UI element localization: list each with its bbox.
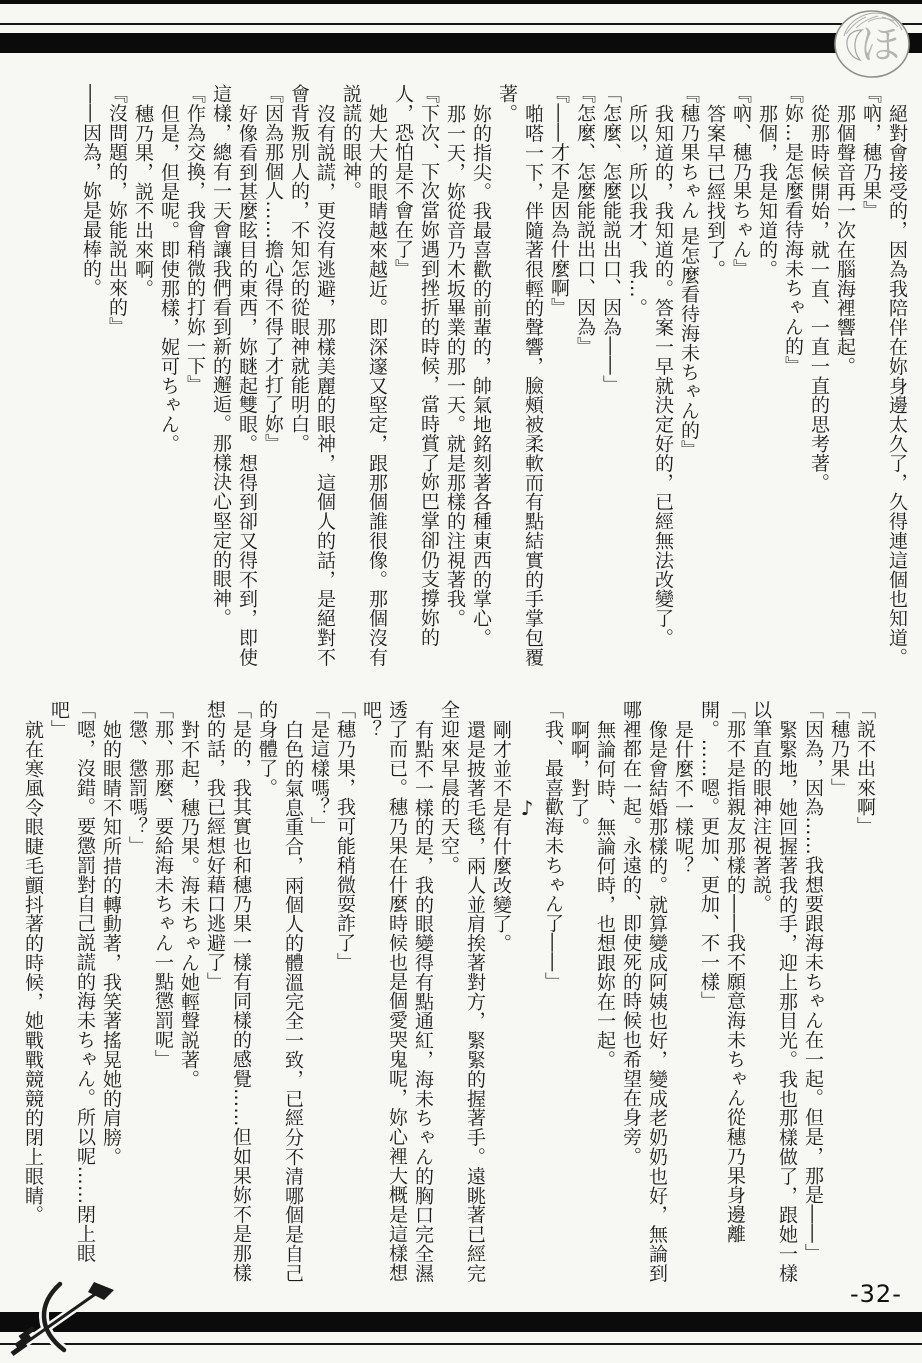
story-paragraph: 「嗯，沒錯。要懲罰對自己説謊的海未ちゃん。所以呢……閉上眼吧」 xyxy=(46,700,98,1286)
story-paragraph: 『――才不是因為什麼啊』 xyxy=(546,84,572,670)
story-section-2-part-1: 「説不出來啊」「穗乃果」「因為，因為……我想要跟海未ちゃん在一起。但是，那是――… xyxy=(540,700,878,1286)
story-paragraph: 那個，我是知道的。 xyxy=(754,84,780,670)
story-paragraph: 像是會結婚那樣的。就算變成阿姨也好，變成老奶奶也好，無論到哪裡都在一起。永遠的、… xyxy=(618,700,670,1286)
story-paragraph: 『吶，穗乃果』 xyxy=(858,84,884,670)
story-paragraph: 我知道的，我知道的。答案一早就決定好的，已經無法改變了。 xyxy=(650,84,676,670)
logo-ho-character: ほ xyxy=(860,22,900,68)
story-paragraph: 無論何時、無論何時，也想跟妳在一起。 xyxy=(592,700,618,1286)
story-paragraph: 「因為，因為……我想要跟海未ちゃん在一起。但是，那是――」 xyxy=(800,700,826,1286)
story-paragraph: 緊緊地，她回握著我的手，迎上那目光。我也那樣做了，跟她一樣以筆直的眼神注視著説。 xyxy=(748,700,800,1286)
story-paragraph: 『下次、下次當妳遇到挫折的時候，當時賞了妳巴掌卻仍支撐妳的人，恐怕是不會在了』 xyxy=(390,84,442,670)
bow-and-arrow-icon xyxy=(8,1280,178,1363)
story-paragraph: 但是，但是呢。即使那樣，妮可ちゃん。 xyxy=(156,84,182,670)
story-paragraph: 她大大的眼睛越來越近。即深邃又堅定，跟那個誰很像。那個沒有説謊的眼神。 xyxy=(338,84,390,670)
story-paragraph: 「懲、懲罰嗎？」 xyxy=(124,700,150,1286)
story-paragraph: 穗乃果，説不出來啊。 xyxy=(130,84,156,670)
story-paragraph: 那一天，妳從音乃木坂畢業的那一天。就是那樣的注視著我。 xyxy=(442,84,468,670)
story-paragraph: 是什麼不一樣呢？ xyxy=(670,700,696,1286)
story-paragraph: 就在寒風令眼睫毛顫抖著的時候，她戰戰競競的閉上眼睛。 xyxy=(20,700,46,1286)
story-paragraph: 妳的指尖。我最喜歡的前輩的，帥氣地銘刻著各種東西的掌心。 xyxy=(468,84,494,670)
story-paragraph: 對不起，穗乃果。海未ちゃん她輕聲説著。 xyxy=(176,700,202,1286)
story-section-1: 絕對會接受的，因為我陪伴在妳身邊太久了，久得連這個也知道。『吶，穗乃果』那個聲音… xyxy=(70,84,910,670)
story-paragraph: 「是這樣嗎？」 xyxy=(306,700,332,1286)
story-paragraph: 『穗乃果ちゃん 是怎麼看待海未ちゃん的』 xyxy=(676,84,702,670)
story-paragraph: 啪嗒一下，伴隨著很輕的聲響，臉頰被柔軟而有點結實的手掌包覆著。 xyxy=(494,84,546,670)
story-paragraph: 剛才並不是有什麼改變了。 xyxy=(488,700,514,1286)
doujin-novel-page: ほ 絕對會接受的，因為我陪伴在妳身邊太久了，久得連這個也知道。『吶，穗乃果』那個… xyxy=(0,0,922,1363)
story-paragraph: 從那時候開始，就一直、一直一直的思考著。 xyxy=(806,84,832,670)
story-paragraph: 啊啊，對了。 xyxy=(566,700,592,1286)
story-paragraph: 所以，所以我才、我…。 xyxy=(624,84,650,670)
story-paragraph: 『作為交換，我會稍微的打妳一下』 xyxy=(182,84,208,670)
story-paragraph: 好像看到甚麼眩目的東西，妳瞇起雙眼。想得到卻又得不到，即使這樣，總有一天會讓我們… xyxy=(208,84,260,670)
story-paragraph: 有點不一樣的是，我的眼變得有點通紅，海未ちゃん的胸口完全濕透了而已。穗乃果在什麼… xyxy=(358,700,436,1286)
story-paragraph: 白色的氣息重合，兩個人的體溫完全一致，已經分不清哪個是自己的身體了。 xyxy=(254,700,306,1286)
story-section-2-part-2: 剛才並不是有什麼改變了。還是披著毛毯，兩人並肩挨著對方，緊緊的握著手。遠眺著已經… xyxy=(20,700,514,1286)
story-paragraph: 沒有説謊，更沒有逃避，那樣美麗的眼神，這個人的話，是絕對不會背叛別人的，不知怎的… xyxy=(286,84,338,670)
story-paragraph: 絕對會接受的，因為我陪伴在妳身邊太久了，久得連這個也知道。 xyxy=(884,84,910,670)
story-paragraph: 「説不出來啊」 xyxy=(852,700,878,1286)
story-paragraph: 『因為那個人……擔心得不得了才打了妳』 xyxy=(260,84,286,670)
top-edge-strip xyxy=(0,0,922,4)
music-note-divider: ♪ xyxy=(514,700,540,1286)
stamp-logo-graphic: ほ xyxy=(832,8,912,80)
story-paragraph: 『沒問題的，妳能説出來的』 xyxy=(104,84,130,670)
story-paragraph: 「那不是指親友那樣的――我不願意海未ちゃん從穗乃果身邊離開。……嗯。更加、更加、… xyxy=(696,700,748,1286)
story-paragraph: 那個聲音再一次在腦海裡響起。 xyxy=(832,84,858,670)
top-thick-bar xyxy=(0,33,922,53)
story-paragraph: 她的眼睛不知所措的轉動著，我笑著搖晃她的肩膀。 xyxy=(98,700,124,1286)
story-paragraph: 「怎麼、怎麼能説出口、因為――」 xyxy=(598,84,624,670)
story-paragraph: 還是披著毛毯，兩人並肩挨著對方，緊緊的握著手。遠眺著已經完全迎來早晨的天空。 xyxy=(436,700,488,1286)
story-paragraph: 「是的，我其實也和穗乃果一樣有同樣的感覺……但如果妳不是那樣想的話，我已經想好藉… xyxy=(202,700,254,1286)
story-paragraph: 『吶、穗乃果ちゃん』 xyxy=(728,84,754,670)
story-paragraph: 『妳…是怎麼看待海未ちゃん的』 xyxy=(780,84,806,670)
story-section-2: 「説不出來啊」「穗乃果」「因為，因為……我想要跟海未ちゃん在一起。但是，那是――… xyxy=(38,700,878,1286)
story-paragraph: 「穗乃果」 xyxy=(826,700,852,1286)
top-thin-rule xyxy=(0,23,922,25)
story-paragraph: 「那、那麼、要給海未ちゃん一點懲罰呢」 xyxy=(150,700,176,1286)
circle-stamp-logo: ほ xyxy=(832,8,912,80)
story-paragraph: 「穗乃果，我可能稍微耍詐了」 xyxy=(332,700,358,1286)
story-paragraph: 『怎麼、怎麼能説出口、因為』 xyxy=(572,84,598,670)
page-number: -32- xyxy=(850,1280,902,1308)
story-paragraph: ――因為，妳是最棒的。 xyxy=(78,84,104,670)
story-paragraph: 「我、最喜歡海未ちゃん了――」 xyxy=(540,700,566,1286)
story-paragraph: 答案早已經找到了。 xyxy=(702,84,728,670)
